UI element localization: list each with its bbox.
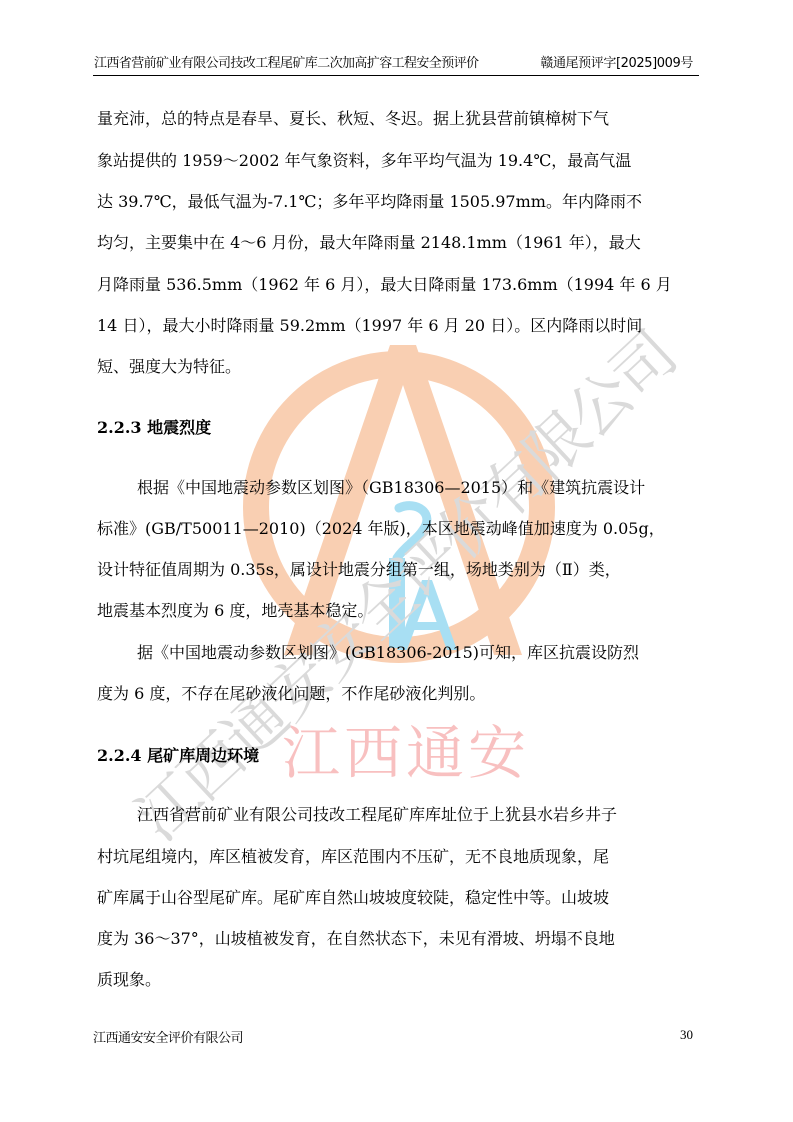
text-line: 根据《中国地震动参数区划图》（GB18306—2015）和《建筑抗震设计 bbox=[137, 477, 645, 499]
footer-company: 江西通安安全评价有限公司 bbox=[93, 1027, 243, 1046]
text-line: 均匀，主要集中在 4～6 月份，最大年降雨量 2148.1mm（1961 年），… bbox=[97, 232, 641, 254]
text-line: 14 日），最大小时降雨量 59.2mm（1997 年 6 月 20 日）。区内… bbox=[97, 315, 642, 337]
text-line: 地震基本烈度为 6 度，地壳基本稳定。 bbox=[97, 600, 373, 622]
text-line: 标准》(GB/T50011—2010)（2024 年版)，本区地震动峰值加速度为… bbox=[97, 518, 665, 540]
text-line: 达 39.7℃，最低气温为-7.1℃；多年平均降雨量 1505.97mm。年内降… bbox=[97, 191, 642, 213]
section-heading-2-2-4: 2.2.4 尾矿库周边环境 bbox=[97, 745, 259, 767]
text-line: 量充沛，总的特点是春旱、夏长、秋短、冬迟。据上犹县营前镇樟树下气 bbox=[97, 108, 609, 130]
text-line: 月降雨量 536.5mm（1962 年 6 月），最大日降雨量 173.6mm（… bbox=[97, 274, 672, 296]
section-heading-2-2-3: 2.2.3 地震烈度 bbox=[97, 417, 211, 439]
page-number: 30 bbox=[680, 1027, 693, 1043]
text-line: 设计特征值周期为 0.35s，属设计地震分组第一组，场地类别为（Ⅱ）类， bbox=[97, 559, 621, 581]
text-line: 度为 6 度，不存在尾砂液化问题，不作尾砂液化判别。 bbox=[97, 683, 485, 705]
text-line: 度为 36～37°，山坡植被发育，在自然状态下，未见有滑坡、坍塌不良地 bbox=[97, 928, 615, 950]
text-line: 村坑尾组境内，库区植被发育，库区范围内不压矿，无不良地质现象，尾 bbox=[97, 846, 609, 868]
text-line: 质现象。 bbox=[97, 969, 161, 991]
text-line: 江西省营前矿业有限公司技改工程尾矿库库址位于上犹县水岩乡井子 bbox=[137, 804, 617, 826]
document-page: 江西通安 江西通安安全评价有限公司 江西省营前矿业有限公司技改工程尾矿库二次加高… bbox=[0, 0, 793, 1122]
text-line: 据《中国地震动参数区划图》(GB18306-2015)可知，库区抗震设防烈 bbox=[137, 642, 639, 664]
text-line: 象站提供的 1959～2002 年气象资料，多年平均气温为 19.4℃，最高气温 bbox=[97, 150, 631, 172]
text-line: 矿库属于山谷型尾矿库。尾矿库自然山坡坡度较陡，稳定性中等。山坡坡 bbox=[97, 887, 609, 909]
text-line: 短、强度大为特征。 bbox=[97, 356, 241, 378]
